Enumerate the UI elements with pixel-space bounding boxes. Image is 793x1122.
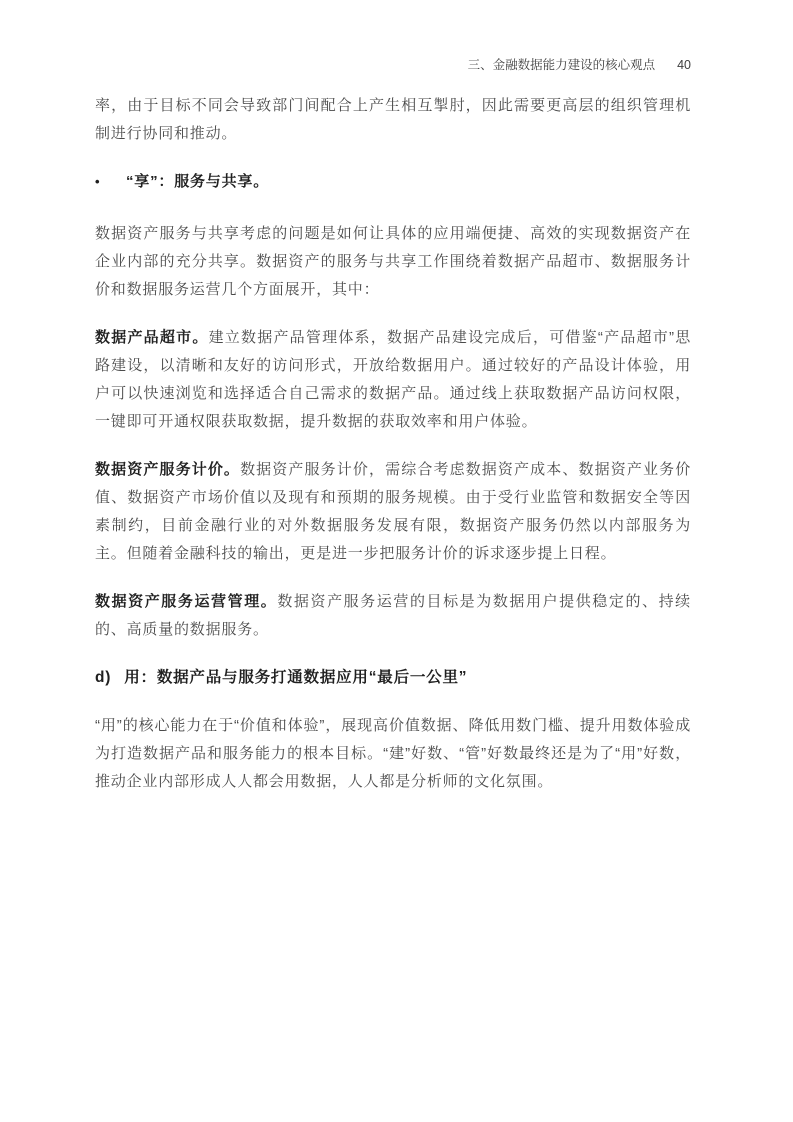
section-lead-service-pricing: 数据资产服务计价。 [95,461,240,478]
paragraph-service-pricing: 数据资产服务计价。数据资产服务计价，需综合考虑数据资产成本、数据资产业务价值、数… [95,456,691,568]
page-number: 40 [677,58,691,72]
section-lead-service-operation: 数据资产服务运营管理。 [95,593,277,610]
paragraph-use: “用”的核心能力在于“价值和体验”，展现高价值数据、降低用数门槛、提升用数体验成… [95,712,691,796]
running-header-title: 三、金融数据能力建设的核心观点 [468,55,656,73]
page-content: 率，由于目标不同会导致部门间配合上产生相互掣肘，因此需要更高层的组织管理机制进行… [95,92,691,816]
page-header: 三、金融数据能力建设的核心观点 40 [95,55,691,73]
paragraph-service-operation: 数据资产服务运营管理。数据资产服务运营的目标是为数据用户提供稳定的、持续的、高质… [95,588,691,644]
bullet-icon: • [95,168,126,196]
paragraph-data-product-market: 数据产品超市。建立数据产品管理体系，数据产品建设完成后，可借鉴“产品超市”思路建… [95,324,691,436]
bullet-heading-share: • “享”：服务与共享。 [95,168,691,196]
heading-d-prefix: d) [95,664,111,692]
paragraph-continuation: 率，由于目标不同会导致部门间配合上产生相互掣肘，因此需要更高层的组织管理机制进行… [95,92,691,148]
heading-d-use: d) 用：数据产品与服务打通数据应用“最后一公里” [95,664,691,692]
document-page: 三、金融数据能力建设的核心观点 40 率，由于目标不同会导致部门间配合上产生相互… [0,0,793,1122]
bullet-heading-text: “享”：服务与共享。 [126,168,269,196]
heading-d-text: 用：数据产品与服务打通数据应用“最后一公里” [124,664,467,692]
section-lead-data-product-market: 数据产品超市。 [95,329,209,346]
paragraph-share-intro: 数据资产服务与共享考虑的问题是如何让具体的应用端便捷、高效的实现数据资产在企业内… [95,220,691,304]
